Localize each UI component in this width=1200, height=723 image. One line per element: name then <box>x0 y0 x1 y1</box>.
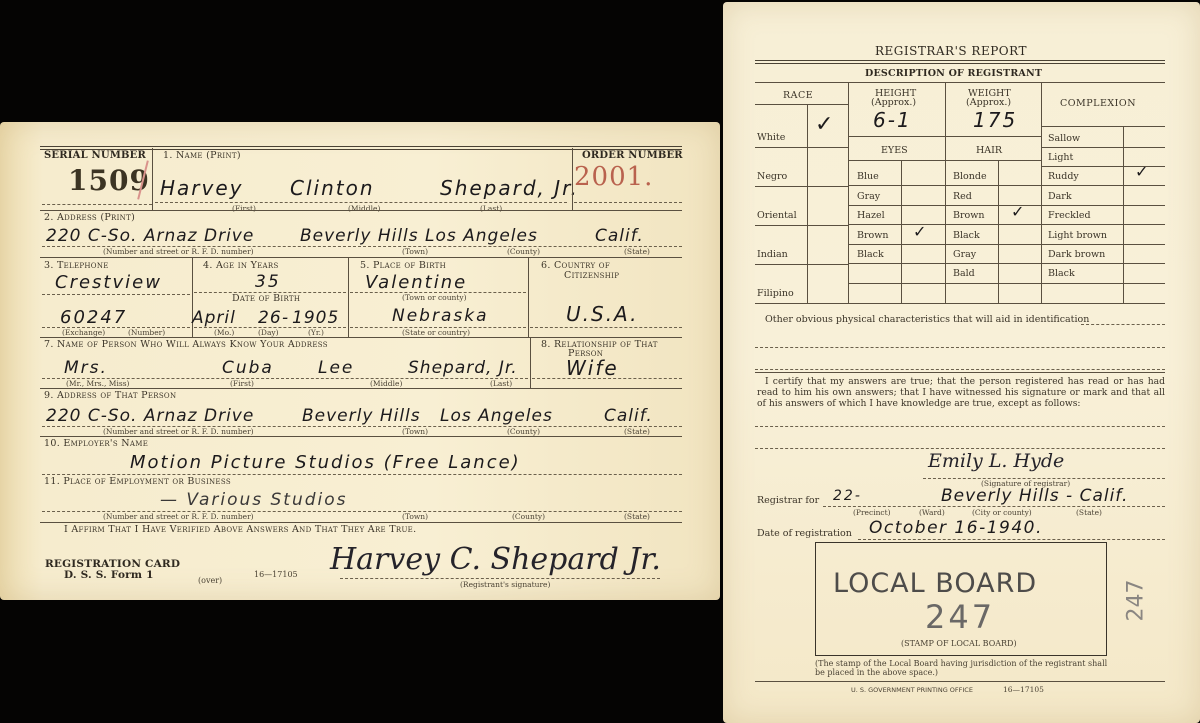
hair-brown: Brown <box>953 210 985 221</box>
complexion-ruddy: Ruddy <box>1048 171 1079 182</box>
serial-number: 1509 <box>68 164 150 197</box>
race-white: White <box>757 132 785 143</box>
stamp-caption: (STAMP OF LOCAL BOARD) <box>901 639 1017 648</box>
date-label: Date of registration <box>757 528 852 539</box>
caption-ward: (Ward) <box>919 508 945 517</box>
registrar-report-card: REGISTRAR'S REPORT DESCRIPTION OF REGIST… <box>723 2 1200 723</box>
name-label: 1. Name (Print) <box>163 150 241 161</box>
weight-value: 175 <box>973 108 1017 132</box>
caption-street: (Number and street or R. F. D. number) <box>103 247 254 256</box>
caption-city: (City or county) <box>972 508 1032 517</box>
stamp-local-board: LOCAL BOARD <box>833 568 1037 599</box>
caption-contact-middle: (Middle) <box>370 379 402 388</box>
eyes-gray: Gray <box>857 191 880 202</box>
caption-employment-town: (Town) <box>402 512 428 521</box>
printer-code: 16—17105 <box>1003 685 1044 694</box>
caption-birth-town: (Town or county) <box>402 293 467 302</box>
address-state: Calif. <box>595 226 644 246</box>
name-last: Shepard, Jr. <box>440 176 579 200</box>
stamp-note: (The stamp of the Local Board having jur… <box>815 659 1115 677</box>
complexion-sallow: Sallow <box>1048 133 1080 144</box>
hair-check-icon: ✓ <box>1011 202 1024 221</box>
eyes-blue: Blue <box>857 171 879 182</box>
stamp-board-number: 247 <box>925 598 995 636</box>
report-title: REGISTRAR'S REPORT <box>875 44 1027 58</box>
caption-number: (Number) <box>128 328 165 337</box>
weight-sub: (Approx.) <box>966 97 1011 108</box>
contact-title: Mrs. <box>64 358 108 378</box>
caption-day: (Day) <box>258 328 279 337</box>
complexion-freckled: Freckled <box>1048 210 1091 221</box>
registrar-for-label: Registrar for <box>757 495 819 506</box>
employment-place: — Various Studios <box>160 490 348 510</box>
contact-address-town: Beverly Hills <box>302 406 421 426</box>
age: 35 <box>255 272 281 292</box>
caption-employment-county: (County) <box>512 512 545 521</box>
caption-month: (Mo.) <box>214 328 234 337</box>
complexion-check-icon: ✓ <box>1135 162 1148 181</box>
employment-place-label: 11. Place of Employment or Business <box>44 476 231 487</box>
caption-exchange: (Exchange) <box>62 328 105 337</box>
caption-contact-last: (Last) <box>490 379 512 388</box>
contact-address-street: 220 C-So. Arnaz Drive <box>46 406 254 426</box>
hair-gray: Gray <box>953 249 976 260</box>
contact-first: Cuba <box>222 358 274 378</box>
side-stamp-number: 247 <box>1124 580 1149 622</box>
complexion-black: Black <box>1048 268 1075 279</box>
address-town: Beverly Hills <box>300 226 419 246</box>
footer-code: 16—17105 <box>254 570 298 579</box>
telephone-label: 3. Telephone <box>44 260 109 271</box>
complexion-dark: Dark <box>1048 191 1072 202</box>
citizenship: U.S.A. <box>566 302 638 326</box>
telephone-exchange: Crestview <box>55 272 162 293</box>
birthplace-state: Nebraska <box>392 306 489 326</box>
address-county: Los Angeles <box>425 226 538 246</box>
address-street: 220 C-So. Arnaz Drive <box>46 226 254 246</box>
dob-year: 1905 <box>292 308 339 328</box>
employer-label: 10. Employer's Name <box>44 438 148 449</box>
citizenship-label-2: Citizenship <box>564 270 619 281</box>
hair-blonde: Blonde <box>953 171 987 182</box>
caption-employment-street: (Number and street or R. F. D. number) <box>103 512 254 521</box>
caption-contact-street: (Number and street or R. F. D. number) <box>103 427 254 436</box>
age-label: 4. Age in Years <box>203 260 279 271</box>
caption-precinct: (Precinct) <box>853 508 891 517</box>
eyes-check-icon: ✓ <box>913 222 926 241</box>
height-value: 6-1 <box>873 108 912 132</box>
contact-last: Shepard, Jr. <box>408 358 518 378</box>
contact-address-state: Calif. <box>604 406 653 426</box>
certify-text: I certify that my answers are true; that… <box>757 376 1165 409</box>
birthplace-town: Valentine <box>365 272 467 293</box>
order-number: 2001. <box>574 162 653 192</box>
serial-number-label: SERIAL NUMBER <box>44 150 146 161</box>
registrar-signature: Emily L. Hyde <box>928 450 1064 472</box>
affirm-text: I Affirm That I Have Verified Above Answ… <box>64 524 416 535</box>
height-sub: (Approx.) <box>871 97 916 108</box>
caption-contact-town: (Town) <box>402 427 428 436</box>
race-check-icon: ✓ <box>815 112 833 137</box>
contact-middle: Lee <box>318 358 354 378</box>
complexion-light-brown: Light brown <box>1048 230 1107 241</box>
hair-header: HAIR <box>976 145 1002 156</box>
other-characteristics-label: Other obvious physical characteristics t… <box>765 314 1089 325</box>
eyes-black: Black <box>857 249 884 260</box>
registrant-signature: Harvey C. Shepard Jr. <box>330 542 661 577</box>
registration-date: October 16-1940. <box>869 518 1043 538</box>
caption-county: (County) <box>507 247 540 256</box>
complexion-dark-brown: Dark brown <box>1048 249 1105 260</box>
printer-label: U. S. GOVERNMENT PRINTING OFFICE <box>851 686 973 694</box>
contact-label: 7. Name of Person Who Will Always Know Y… <box>44 339 328 350</box>
race-oriental: Oriental <box>757 210 797 221</box>
report-subtitle: DESCRIPTION OF REGISTRANT <box>865 68 1042 79</box>
footer-over: (over) <box>198 576 222 585</box>
hair-bald: Bald <box>953 268 975 279</box>
signature-caption: (Registrant's signature) <box>460 580 550 589</box>
caption-birth-state: (State or country) <box>402 328 470 337</box>
race-filipino: Filipino <box>757 288 794 299</box>
complexion-light: Light <box>1048 152 1073 163</box>
dob-label: Date of Birth <box>232 293 300 304</box>
relationship: Wife <box>566 356 619 380</box>
caption-contact-county: (County) <box>507 427 540 436</box>
caption-last: (Last) <box>480 204 502 213</box>
eyes-hazel: Hazel <box>857 210 885 221</box>
name-first: Harvey <box>160 176 244 200</box>
caption-contact-state: (State) <box>624 427 650 436</box>
race-header: RACE <box>783 90 813 101</box>
contact-address-label: 9. Address of That Person <box>44 390 176 401</box>
caption-contact-first: (First) <box>230 379 254 388</box>
registrar-city: Beverly Hills - Calif. <box>941 486 1128 506</box>
caption-title: (Mr., Mrs., Miss) <box>66 379 130 388</box>
caption-state: (State) <box>624 247 650 256</box>
hair-black: Black <box>953 230 980 241</box>
eyes-brown: Brown <box>857 230 889 241</box>
eyes-header: EYES <box>881 145 908 156</box>
dob-month: April <box>192 308 236 328</box>
race-negro: Negro <box>757 171 787 182</box>
footer-form: D. S. S. Form 1 <box>64 569 154 581</box>
caption-employment-state: (State) <box>624 512 650 521</box>
dob-day: 26 <box>258 308 282 328</box>
address-label: 2. Address (Print) <box>44 212 135 223</box>
caption-middle: (Middle) <box>348 204 380 213</box>
registration-card-front: SERIAL NUMBER 1509 1. Name (Print) Harve… <box>0 122 720 600</box>
telephone-number: 60247 <box>60 307 127 328</box>
race-indian: Indian <box>757 249 788 260</box>
caption-year: (Yr.) <box>308 328 324 337</box>
caption-town: (Town) <box>402 247 428 256</box>
order-number-label: ORDER NUMBER <box>582 150 683 161</box>
name-middle: Clinton <box>290 176 375 200</box>
complexion-header: COMPLEXION <box>1060 98 1136 109</box>
contact-address-county: Los Angeles <box>440 406 553 426</box>
employer: Motion Picture Studios (Free Lance) <box>130 452 521 473</box>
caption-first: (First) <box>232 204 256 213</box>
precinct: 22- <box>833 488 862 504</box>
caption-registrar-state: (State) <box>1076 508 1102 517</box>
hair-red: Red <box>953 191 972 202</box>
birthplace-label: 5. Place of Birth <box>360 260 446 271</box>
